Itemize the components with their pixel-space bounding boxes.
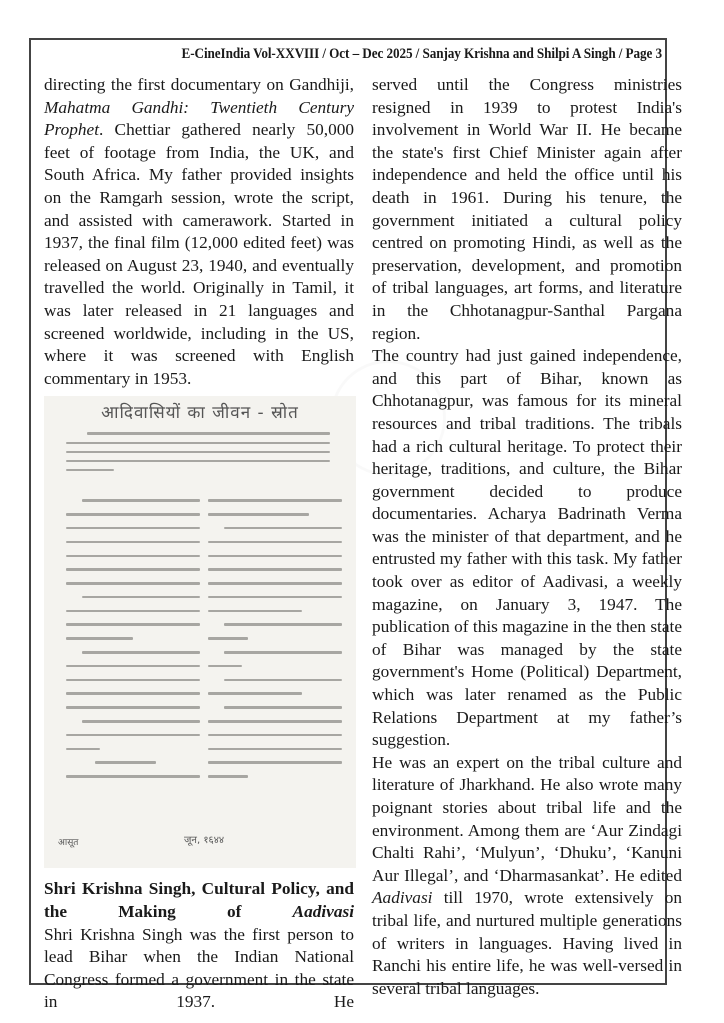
- paragraph-expert: He was an expert on the tribal culture a…: [372, 752, 682, 1001]
- text: . Chettiar gathered nearly 50,000 feet o…: [44, 120, 354, 388]
- heading-word: of: [227, 901, 241, 924]
- right-column: served until the Congress ministries res…: [372, 74, 682, 1000]
- clipping-date: जून, १६४४: [184, 830, 224, 853]
- heading-line-2: the Making of Aadivasi: [44, 901, 354, 924]
- film-title-cont: Prophet: [44, 120, 99, 139]
- heading-word: the: [44, 901, 67, 924]
- paragraph-independence: The country had just gained independence…: [372, 345, 682, 752]
- heading-word: Making: [118, 901, 176, 924]
- section-heading: Shri Krishna Singh, Cultural Policy, and…: [44, 878, 354, 923]
- paragraph-krishna-singh: Shri Krishna Singh was the first person …: [44, 924, 354, 1014]
- magazine-title: Aadivasi: [372, 888, 432, 907]
- running-header: E-CineIndia Vol-XXVIII / Oct – Dec 2025 …: [84, 46, 662, 63]
- heading-line-1: Shri Krishna Singh, Cultural Policy, and: [44, 878, 354, 901]
- clipping-intro: [66, 432, 330, 478]
- clipping-title: आदिवासियों का जीवन - स्रोत: [44, 402, 356, 425]
- text: He was an expert on the tribal culture a…: [372, 753, 682, 885]
- paragraph-cultural-policy: served until the Congress ministries res…: [372, 74, 682, 345]
- text: directing the first documentary on Gandh…: [44, 75, 354, 94]
- clipping-column-1: [66, 499, 200, 789]
- clipping-column-2: [208, 499, 342, 789]
- paragraph-documentary: directing the first documentary on Gandh…: [44, 74, 354, 390]
- left-column: directing the first documentary on Gandh…: [44, 74, 354, 1014]
- clipping-source: आसूत: [58, 832, 78, 855]
- heading-magazine-title: Aadivasi: [293, 901, 354, 924]
- hindi-newspaper-clipping: आदिवासियों का जीवन - स्रोत आसूत जून, १६४…: [44, 396, 356, 868]
- film-title: Mahatma Gandhi: Twentieth Century: [44, 98, 354, 117]
